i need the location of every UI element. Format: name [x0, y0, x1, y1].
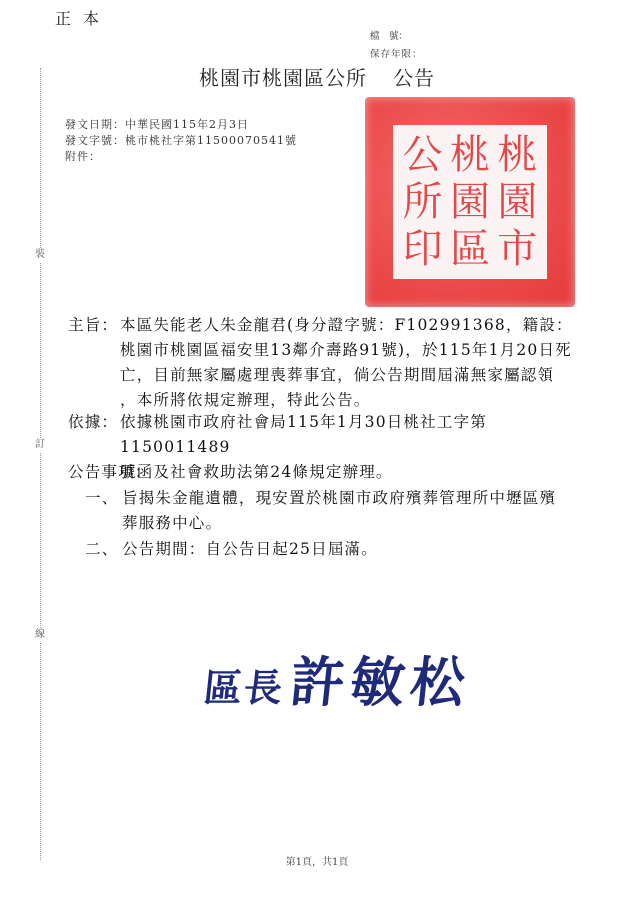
signature-name: 許敏松 [287, 650, 474, 714]
signature-title: 區長 [202, 665, 287, 710]
seal-character: 桃 [446, 131, 493, 178]
subject-section: 主旨： 本區失能老人朱金龍君(身分證字號：F102991368，籍設： 桃園市桃… [68, 313, 588, 413]
binding-dotted-line [40, 68, 41, 860]
binding-mark-ding: 訂 [34, 438, 46, 452]
notice-item-number: 一、 [85, 486, 118, 511]
attachment-label: 附件： [65, 148, 101, 164]
subject-line: 本區失能老人朱金龍君(身分證字號：F102991368，籍設： [120, 313, 588, 338]
title-type: 公告 [393, 66, 435, 90]
signature-stamp: 區長許敏松 [201, 640, 475, 717]
issue-number: 發文字號：桃市桃社字第11500070541號 [65, 132, 297, 148]
seal-character: 市 [494, 226, 541, 273]
notice-item-line: 公告期間：自公告日起25日屆滿。 [122, 537, 585, 562]
seal-character: 桃 [494, 131, 541, 178]
page-number-footer: 第1頁，共1頁 [0, 853, 634, 868]
binding-mark-zhuang: 裝 [34, 248, 46, 262]
notice-items-heading: 公告事項： [68, 460, 152, 485]
seal-character: 園 [494, 178, 541, 225]
subject-line: 亡，目前無家屬處理喪葬事宜，倘公告期間屆滿無家屬認領 [120, 363, 588, 388]
subject-line: 桃園市桃園區福安里13鄰介壽路91號)，於115年1月20日死 [120, 338, 588, 363]
binding-mark-xian: 線 [34, 628, 46, 642]
title-organization: 桃園市桃園區公所 [199, 66, 367, 90]
retention-period-label: 保存年限： [370, 46, 423, 60]
seal-character: 區 [446, 226, 493, 273]
notice-item-number: 二、 [85, 537, 118, 562]
notice-item-line: 葬服務中心。 [122, 511, 585, 536]
seal-character: 所 [399, 178, 446, 225]
issue-date: 發文日期：中華民國115年2月3日 [65, 116, 249, 132]
notice-item: 一、 旨揭朱金龍遺體，現安置於桃園市政府殯葬管理所中壢區殯 葬服務中心。 [85, 486, 585, 536]
subject-label: 主旨： [68, 313, 118, 338]
copy-type-label: 正本 [55, 6, 111, 29]
seal-character: 公 [399, 131, 446, 178]
basis-line: 號函及社會救助法第24條規定辦理。 [120, 460, 588, 485]
notice-item-line: 旨揭朱金龍遺體，現安置於桃園市政府殯葬管理所中壢區殯 [122, 486, 585, 511]
document-title: 桃園市桃園區公所公告 [0, 62, 634, 91]
notice-item: 二、 公告期間：自公告日起25日屆滿。 [85, 537, 585, 562]
archive-number-label: 檔 號： [370, 28, 408, 42]
basis-label: 依據： [68, 410, 118, 435]
official-seal: 公 桃 桃 所 園 園 印 區 市 [365, 97, 575, 307]
seal-character: 園 [446, 178, 493, 225]
basis-line: 依據桃園市政府社會局115年1月30日桃社工字第1150011489 [120, 410, 588, 460]
seal-inner-field: 公 桃 桃 所 園 園 印 區 市 [393, 125, 547, 279]
seal-character: 印 [399, 226, 446, 273]
